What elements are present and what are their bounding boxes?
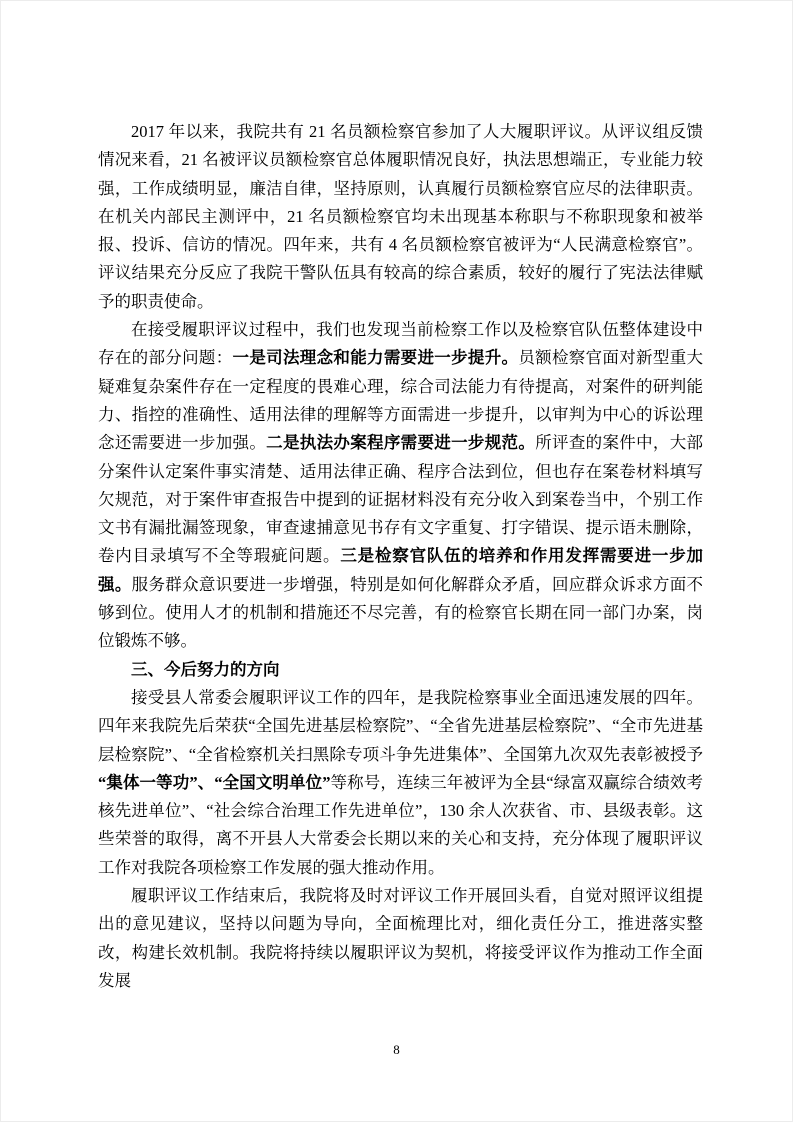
text-run: “集体一等功”、“全国文明单位” — [98, 773, 330, 792]
page-number: 8 — [393, 1042, 400, 1057]
text-run: 一是司法理念和能力需要进一步提升。 — [233, 348, 519, 367]
paragraph: 履职评议工作结束后，我院将及时对评议工作开展回头看，自觉对照评议组提出的意见建议… — [98, 882, 703, 995]
text-run: 三、今后努力的方向 — [131, 661, 280, 679]
page-footer: 8 — [1, 1041, 792, 1059]
text-run: 2017 年以来，我院共有 21 名员额检察官参加了人大履职评议。从评议组反馈情… — [98, 122, 703, 311]
text-run: 二是执法办案程序需要进一步规范。 — [266, 433, 535, 452]
document-body: 2017 年以来，我院共有 21 名员额检察官参加了人大履职评议。从评议组反馈情… — [98, 118, 703, 995]
paragraph: 在接受履职评议过程中，我们也发现当前检察工作以及检察官队伍整体建设中存在的部分问… — [98, 316, 703, 656]
text-run: 接受县人常委会履职评议工作的四年，是我院检察事业全面迅速发展的四年。四年来我院先… — [98, 688, 703, 764]
paragraph: 接受县人常委会履职评议工作的四年，是我院检察事业全面迅速发展的四年。四年来我院先… — [98, 684, 703, 882]
paragraph: 2017 年以来，我院共有 21 名员额检察官参加了人大履职评议。从评议组反馈情… — [98, 118, 703, 316]
section-heading: 三、今后努力的方向 — [98, 656, 703, 684]
text-run: 服务群众意识要进一步增强，特别是如何化解群众矛盾，回应群众诉求方面不够到位。使用… — [98, 575, 703, 651]
document-page: 2017 年以来，我院共有 21 名员额检察官参加了人大履职评议。从评议组反馈情… — [0, 0, 793, 1122]
text-run: 履职评议工作结束后，我院将及时对评议工作开展回头看，自觉对照评议组提出的意见建议… — [98, 886, 703, 990]
